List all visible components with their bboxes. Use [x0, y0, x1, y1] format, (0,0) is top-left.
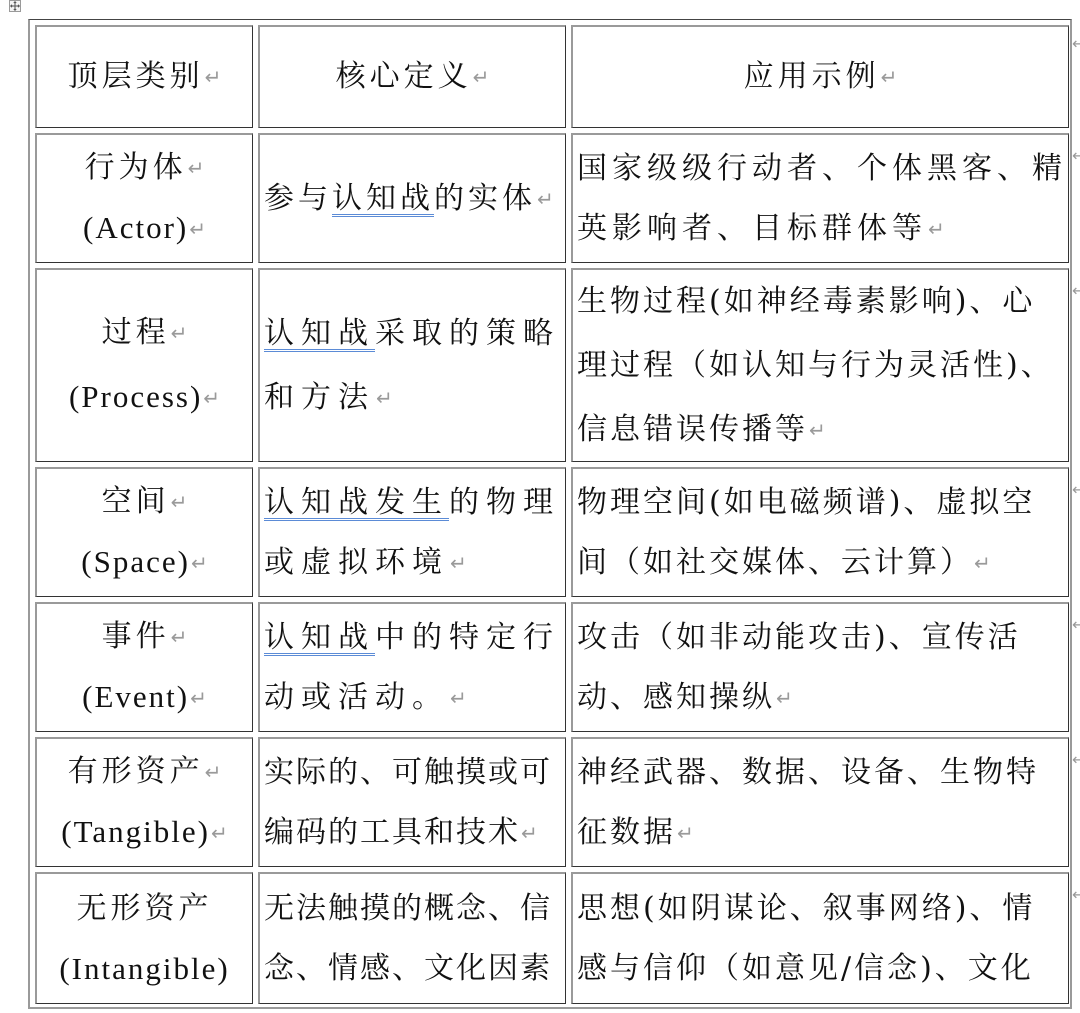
paragraph-mark-icon: ↵ [190, 686, 207, 710]
definition-line: 无法触摸的概念、信 [264, 879, 561, 939]
example-line: 信息错误传播等 [577, 412, 808, 447]
category-cell-tangible[interactable]: 有形资产↵ (Tangible)↵ [35, 737, 253, 867]
definition-cell-event[interactable]: 认知战中的特定行 动或活动。↵ [258, 602, 566, 732]
category-cell-space[interactable]: 空间↵ (Space)↵ [35, 467, 253, 597]
example-cell-process[interactable]: 生物过程(如神经毒素影响)、心 理过程（如认知与行为灵活性)、 信息错误传播等↵ [571, 268, 1069, 462]
definition-cell-space[interactable]: 认知战发生的物理 或虚拟环境↵ [258, 467, 566, 597]
example-line: 理过程（如认知与行为灵活性)、 [577, 334, 1064, 398]
definition-cell-intangible[interactable]: 无法触摸的概念、信 念、情感、文化因素 [258, 872, 566, 1004]
example-line: 思想(如阴谋论、叙事网络)、情 [577, 879, 1064, 939]
paragraph-mark-icon: ↵ [450, 551, 467, 575]
paragraph-mark-icon: ↵ [191, 551, 208, 575]
example-cell-actor[interactable]: 国家级级行动者、个体黑客、精 英影响者、目标群体等↵ [571, 133, 1069, 263]
definition-cell-actor[interactable]: 参与认知战的实体↵ [258, 133, 566, 263]
example-cell-intangible[interactable]: 思想(如阴谋论、叙事网络)、情 感与信仰（如意见/信念)、文化 [571, 872, 1069, 1004]
paragraph-mark-icon: ↵ [171, 490, 188, 514]
paragraph-mark-icon: ↵ [205, 65, 222, 89]
header-cell-definition[interactable]: 核心定义↵ [258, 25, 566, 128]
paragraph-mark-icon: ↵ [928, 217, 945, 241]
paragraph-mark-icon: ↵ [974, 551, 991, 575]
row-end-mark-icon: ← [1072, 283, 1080, 299]
paragraph-mark-icon: ↵ [376, 386, 393, 410]
category-zh: 过程 [102, 315, 170, 350]
example-line: 攻击（如非动能攻击)、宣传活 [577, 608, 1064, 668]
definition-cell-process[interactable]: 认知战采取的策略 和方法↵ [258, 268, 566, 462]
header-label: 应用示例 [744, 59, 880, 94]
spellcheck-underlined-term: 认知战 [264, 316, 375, 351]
paragraph-mark-icon: ↵ [521, 821, 538, 845]
paragraph-mark-icon: ↵ [881, 65, 898, 89]
category-zh: 行为体 [85, 150, 187, 185]
example-line: 物理空间(如电磁频谱)、虚拟空 [577, 473, 1064, 533]
example-line: 英影响者、目标群体等 [577, 211, 927, 246]
example-line: 动、感知操纵 [577, 680, 775, 715]
definition-line: 念、情感、文化因素 [264, 939, 561, 999]
definition-cell-tangible[interactable]: 实际的、可触摸或可 编码的工具和技术↵ [258, 737, 566, 867]
row-end-mark-icon: ← [1072, 617, 1080, 633]
category-cell-intangible[interactable]: 无形资产 (Intangible) [35, 872, 253, 1004]
row-end-mark-icon: ← [1072, 752, 1080, 768]
category-en: (Space) [81, 544, 190, 579]
example-line: 征数据 [577, 815, 676, 850]
spellcheck-underlined-term: 认知战发生 [264, 485, 449, 520]
paragraph-mark-icon: ↵ [205, 760, 222, 784]
paragraph-mark-icon: ↵ [776, 686, 793, 710]
paragraph-mark-icon: ↵ [211, 821, 228, 845]
paragraph-mark-icon: ↵ [677, 821, 694, 845]
header-cell-examples[interactable]: 应用示例↵ [571, 25, 1069, 128]
category-zh: 有形资产 [68, 754, 204, 789]
category-zh: 事件 [102, 619, 170, 654]
example-line: 间（如社交媒体、云计算） [577, 545, 973, 580]
header-cell-category[interactable]: 顶层类别↵ [35, 25, 253, 128]
category-en: (Actor) [83, 210, 188, 245]
header-label: 顶层类别 [68, 59, 204, 94]
spellcheck-underlined-term: 认知战 [264, 620, 375, 655]
row-end-mark-icon: ← [1072, 887, 1080, 903]
category-cell-event[interactable]: 事件↵ (Event)↵ [35, 602, 253, 732]
table-move-handle-icon[interactable] [9, 0, 21, 12]
example-cell-space[interactable]: 物理空间(如电磁频谱)、虚拟空 间（如社交媒体、云计算）↵ [571, 467, 1069, 597]
paragraph-mark-icon: ↵ [809, 418, 826, 442]
example-cell-tangible[interactable]: 神经武器、数据、设备、生物特 征数据↵ [571, 737, 1069, 867]
definition-line: 实际的、可触摸或可 [264, 743, 561, 803]
row-end-mark-icon: ← [1072, 36, 1080, 52]
category-cell-actor[interactable]: 行为体↵ (Actor)↵ [35, 133, 253, 263]
example-line: 神经武器、数据、设备、生物特 [577, 743, 1064, 803]
category-en: (Process) [69, 379, 202, 414]
category-zh: 空间 [102, 484, 170, 519]
paragraph-mark-icon: ↵ [171, 625, 188, 649]
category-en: (Tangible) [61, 814, 210, 849]
paragraph-mark-icon: ↵ [537, 187, 554, 211]
paragraph-mark-icon: ↵ [203, 386, 220, 410]
row-end-mark-icon: ← [1072, 482, 1080, 498]
paragraph-mark-icon: ↵ [473, 65, 490, 89]
category-en: (Intangible) [59, 951, 229, 986]
example-line: 国家级级行动者、个体黑客、精 [577, 139, 1064, 199]
row-end-mark-icon: ← [1072, 148, 1080, 164]
spellcheck-underlined-term: 认知战 [332, 181, 434, 216]
example-line: 生物过程(如神经毒素影响)、心 [577, 270, 1064, 334]
category-cell-process[interactable]: 过程↵ (Process)↵ [35, 268, 253, 462]
example-cell-event[interactable]: 攻击（如非动能攻击)、宣传活 动、感知操纵↵ [571, 602, 1069, 732]
paragraph-mark-icon: ↵ [189, 217, 206, 241]
paragraph-mark-icon: ↵ [188, 156, 205, 180]
header-label: 核心定义 [336, 59, 472, 94]
paragraph-mark-icon: ↵ [450, 686, 467, 710]
category-en: (Event) [82, 679, 189, 714]
category-zh: 无形资产 [77, 891, 213, 926]
definition-line: 编码的工具和技术 [264, 815, 520, 850]
example-line: 感与信仰（如意见/信念)、文化 [577, 939, 1064, 999]
paragraph-mark-icon: ↵ [171, 321, 188, 345]
